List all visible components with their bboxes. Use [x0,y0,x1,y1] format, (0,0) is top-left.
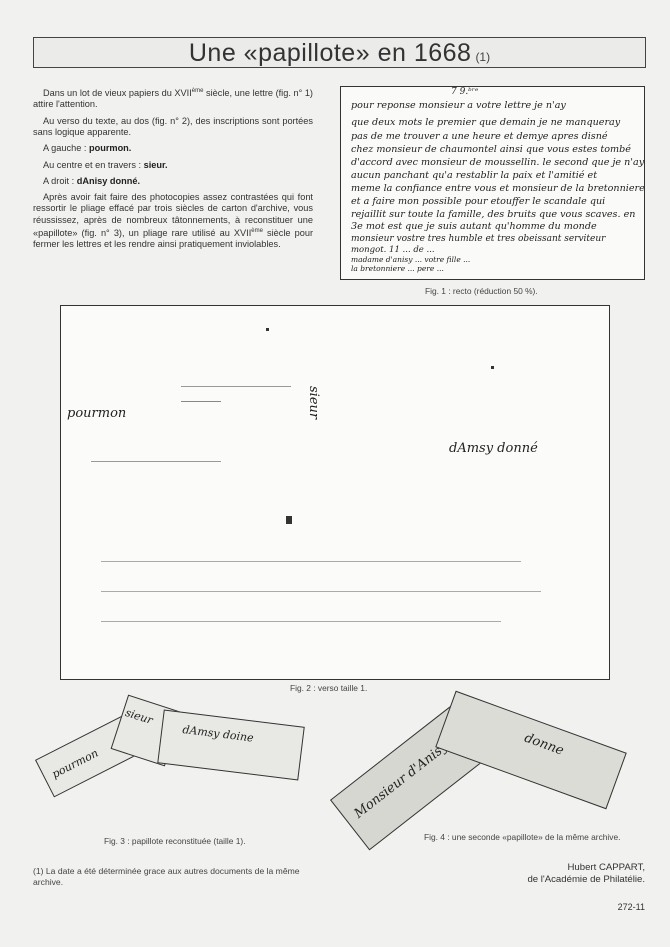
papillote-word: donne [522,731,565,759]
letter-line: meme la confiance entre vous et monsieur… [351,182,644,195]
papillote-word: Monsieur d'Anisy [352,739,452,821]
author-name: Hubert CAPPART, [527,862,645,874]
ink-speck [101,561,521,562]
inscription-left: pourmon. [89,143,131,153]
letter-signature: mongot. 11 ... de ... [351,245,644,255]
letter-line: pas de me trouver a une heure et demye a… [351,130,644,143]
letter-line: chez monsieur de chaumontel ainsi que vo… [351,143,644,156]
page-title: Une «papillote» en 1668(1) [33,37,646,68]
letter-line: pour reponse monsieur a votre lettre je … [351,98,644,115]
intro-paragraph-1: Dans un lot de vieux papiers du XVIIème … [33,86,313,111]
letter-closing: monsieur vostre tres humble et tres obei… [351,233,644,245]
title-footnote-ref: (1) [475,50,490,64]
figure-1-letter-recto: 7 9.ᵇʳᵉ pour reponse monsieur a votre le… [340,86,645,280]
inscription-sieur: sieur [306,386,321,419]
ink-speck [491,366,494,369]
figure-2-verso: pourmon sieur dAmsy donné [60,305,610,680]
inscription-right: dAnisy donné. [77,176,140,186]
papillote-word: dAmsy doine [182,723,255,745]
figure-1-caption: Fig. 1 : recto (réduction 50 %). [425,286,538,296]
superscript: ème [192,88,204,94]
letter-date: 7 9.ᵇʳᵉ [451,87,644,98]
papillote-word: sieur [124,706,155,727]
inscription-center: sieur. [144,160,168,170]
letter-postscript: la bretonniere ... pere ... [351,264,644,273]
author-affiliation: de l'Académie de Philatélie. [527,874,645,886]
intro-paragraph-2: Au verso du texte, au dos (fig. n° 2), d… [33,116,313,139]
papillote-right-arm: donne [435,691,627,810]
figure-3-caption: Fig. 3 : papillote reconstituée (taille … [104,836,246,846]
page-number: 272-11 [618,902,645,912]
ink-speck [181,401,221,402]
ink-speck [181,386,291,387]
letter-line: d'accord avec monsieur de moussellin. le… [351,156,644,169]
label: Au centre et en travers : [43,160,144,170]
letter-line: que deux mots le premier que demain je n… [351,115,644,131]
intro-paragraph-center: Au centre et en travers : sieur. [33,160,313,171]
ink-speck [91,461,221,462]
ink-speck [286,516,292,524]
ink-speck [101,591,541,592]
title-text: Une «papillote» en 1668 [189,39,472,67]
intro-paragraph-right: A droit : dAnisy donné. [33,176,313,187]
intro-paragraph-left: A gauche : pourmon. [33,143,313,154]
footnote: (1) La date a été déterminée grace aux a… [33,866,318,887]
inscription-danisy-donne: dAmsy donné [449,441,538,456]
text: Dans un lot de vieux papiers du XVII [43,88,192,98]
label: A droit : [43,176,77,186]
intro-paragraph-6: Après avoir fait faire des photocopies a… [33,192,313,251]
ink-speck [266,328,269,331]
letter-line: aucun panchant qu'a restablir la paix et… [351,169,644,182]
superscript: ème [251,228,263,234]
inscription-pourmon: pourmon [67,406,126,421]
author-block: Hubert CAPPART, de l'Académie de Philaté… [527,862,645,886]
figure-2-caption: Fig. 2 : verso taille 1. [290,683,367,693]
letter-line: rejaillit sur toute la famille, des brui… [351,208,644,221]
label: A gauche : [43,143,89,153]
letter-postscript: madame d'anisy ... votre fille ... [351,255,644,264]
papillote-right-arm: dAmsy doine [157,710,305,781]
intro-text: Dans un lot de vieux papiers du XVIIème … [33,86,313,256]
letter-line: 3e mot est que je suis autant qu'homme d… [351,221,644,233]
ink-speck [101,621,501,622]
papillote-word: pourmon [50,747,101,781]
figure-4-caption: Fig. 4 : une seconde «papillote» de la m… [424,832,620,842]
letter-line: et a faire mon possible pour etouffer le… [351,195,644,208]
